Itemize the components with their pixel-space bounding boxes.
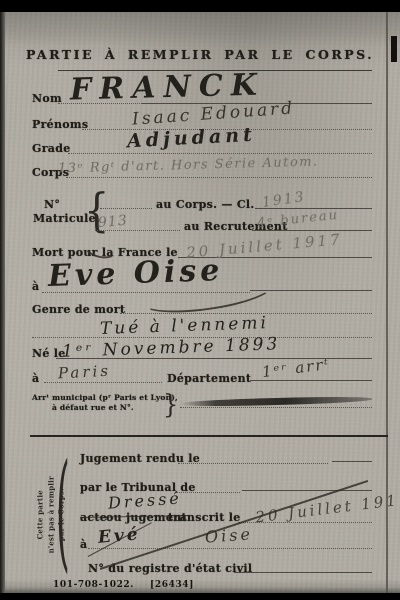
acte-lieu-departement-value: Oise [205,526,254,545]
section-separator [30,435,388,437]
section-paren-glyph: ( [56,450,70,578]
arrondissement-label-line2: à défaut rue et N°. [52,404,134,412]
field-line [252,230,372,231]
matricule-recrutement-number: 913 [97,214,128,231]
acte-lieu-label: à [80,539,87,551]
field-line [88,548,372,549]
matricule-label-top: N° [44,199,60,211]
footer-ref: [26434] [150,580,194,590]
grade-label: Grade [32,143,71,155]
document-scan: PARTIE À REMPLIR PAR LE CORPS. Nom FRANC… [0,0,400,600]
field-line [234,572,372,573]
nom-value: FRANCK [70,70,266,105]
acte-label-word1: acte [80,512,107,524]
arrondissement-brace-glyph: } [163,391,178,417]
field-line [242,490,372,491]
arrondissement-label-line1: Arrᵗ municipal (pʳ Paris et Lyon), [32,394,178,402]
departement-label: Département [167,373,251,385]
acte-label-word2: transcrit le [168,512,241,524]
mort-lieu-label: à [32,281,39,293]
side-note-line: Cette partie [35,453,46,577]
prenoms-label: Prénoms [32,119,88,131]
acte-lieu-commune-value: Evé [97,526,141,547]
matricule-corps-label: au Corps. — Cl. [156,199,254,211]
naissance-lieu-value: Paris [58,364,112,382]
form-title: PARTIE À REMPLIR PAR LE CORPS. [0,48,400,62]
scan-left-edge [0,12,5,593]
field-line [100,208,152,209]
field-line [332,461,372,462]
genre-label: Genre de mort [32,304,125,316]
side-note-line: n'est pas à remplir [46,453,57,577]
field-line [68,153,372,154]
field-line [66,177,372,178]
field-line [178,463,328,464]
footer-code: 101-708-1022. [53,580,134,590]
naissance-lieu-label: à [32,373,39,385]
field-line [176,492,240,493]
field-line [180,407,372,408]
field-line [95,230,180,231]
